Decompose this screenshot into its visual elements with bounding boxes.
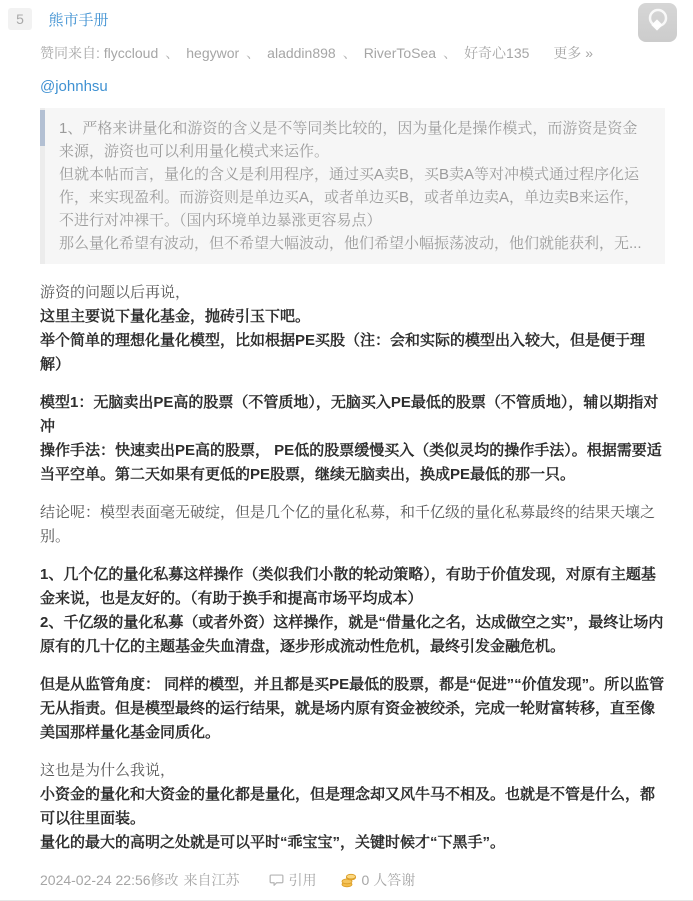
agree-from-line: 赞同来自: flyccloud、hegywor、aladdin898、River… [40,43,665,63]
mention-row: @johnhsu [40,78,665,96]
body-paragraph: 这里主要说下量化基金，抛砖引玉下吧。 [40,305,665,329]
quote-paragraph: 但就本帖而言，量化的含义是利用程序，通过买A卖B，买B卖A等对冲模式通过程序化运… [59,163,649,232]
compass-icon [645,7,671,38]
post-header: 5 熊市手册 [0,0,693,30]
post-body-text: 游资的问题以后再说，这里主要说下量化基金，抛砖引玉下吧。举个简单的理想化量化模型… [40,281,665,855]
agree-user-item: hegywor、 [186,45,267,61]
floating-widget-button[interactable] [638,3,677,42]
agree-user-item: flyccloud、 [104,45,186,61]
quote-action-label: 引用 [289,870,317,890]
post-title-link[interactable]: 熊市手册 [48,12,108,29]
agree-user-list: flyccloud、hegywor、aladdin898、RiverToSea、… [104,45,544,61]
more-users-link[interactable]: 更多 » [553,45,593,61]
agree-separator: 、 [246,45,260,61]
agree-user-item: RiverToSea、 [364,45,464,61]
quote-paragraph: 那么量化希望有波动，但不希望大幅波动，他们希望小幅振荡波动，他们就能获利，无..… [59,232,649,255]
agree-user-link[interactable]: flyccloud [104,45,158,61]
body-paragraph: 2、千亿级的量化私募（或者外资）这样操作，就是“借量化之名，达成做空之实”，最终… [40,611,665,659]
body-paragraph: 举个简单的理想化量化模型，比如根据PE买股（注：会和实际的模型出入较大，但是便于… [40,329,665,377]
post-footer: 2024-02-24 22:56修改 来自江苏 引用 0 人答谢 [0,864,693,901]
quote-paragraph: 1、严格来讲量化和游资的含义是不等同类比较的，因为量化是操作模式，而游资是资金来… [59,117,649,163]
thanks-count-label: 0 人答谢 [362,870,416,890]
floor-number-badge: 5 [8,8,32,30]
quote-text: 1、严格来讲量化和游资的含义是不等同类比较的，因为量化是操作模式，而游资是资金来… [59,117,649,255]
quote-scrollbar-track [40,108,45,264]
agree-separator: 、 [443,45,457,61]
agree-user-link[interactable]: RiverToSea [364,45,436,61]
agree-user-link[interactable]: hegywor [186,45,239,61]
post-timestamp: 2024-02-24 22:56修改 [40,870,179,890]
body-paragraph: 结论呢：模型表面毫无破绽，但是几个亿的量化私募，和千亿级的量化私募最终的结果天壤… [40,501,665,549]
body-paragraph: 1、几个亿的量化私募这样操作（类似我们小散的轮动策略），有助于价值发现，对原有主… [40,563,665,611]
body-paragraph: 小资金的量化和大资金的量化都是量化，但是理念却又风牛马不相及。也就是不管是什么，… [40,783,665,831]
agree-separator: 、 [343,45,357,61]
coins-icon [341,873,357,888]
agree-from-label: 赞同来自: [40,45,100,61]
body-paragraph: 这也是为什么我说， [40,759,665,783]
post-location: 来自江苏 [184,870,240,890]
agree-user-link[interactable]: 好奇心135 [464,45,529,61]
quoted-post-block[interactable]: 1、严格来讲量化和游资的含义是不等同类比较的，因为量化是操作模式，而游资是资金来… [40,108,665,264]
body-paragraph: 但是从监管角度： 同样的模型，并且都是买PE最低的股票，都是“促进”“价值发现”… [40,673,665,745]
thanks-action[interactable]: 0 人答谢 [341,870,416,890]
agree-user-item: aladdin898、 [267,45,364,61]
body-paragraph: 操作手法：快速卖出PE高的股票， PE低的股票缓慢买入（类似灵均的操作手法）。根… [40,439,665,487]
mention-user-link[interactable]: @johnhsu [40,78,108,95]
body-paragraph: 游资的问题以后再说， [40,281,665,305]
agree-user-link[interactable]: aladdin898 [267,45,336,61]
speech-bubble-icon [269,873,284,887]
quote-scrollbar-thumb[interactable] [40,110,45,146]
agree-separator: 、 [165,45,179,61]
forum-post: 5 熊市手册 赞同来自: flyccloud、hegywor、aladdin89… [0,0,693,901]
agree-user-item: 好奇心135 [464,45,543,61]
post-content: 赞同来自: flyccloud、hegywor、aladdin898、River… [0,30,693,855]
quote-action[interactable]: 引用 [269,870,317,890]
body-paragraph: 模型1：无脑卖出PE高的股票（不管质地），无脑买入PE最低的股票（不管质地），辅… [40,391,665,439]
body-paragraph: 量化的最大的高明之处就是可以平时“乖宝宝”，关键时候才“下黑手”。 [40,831,665,855]
